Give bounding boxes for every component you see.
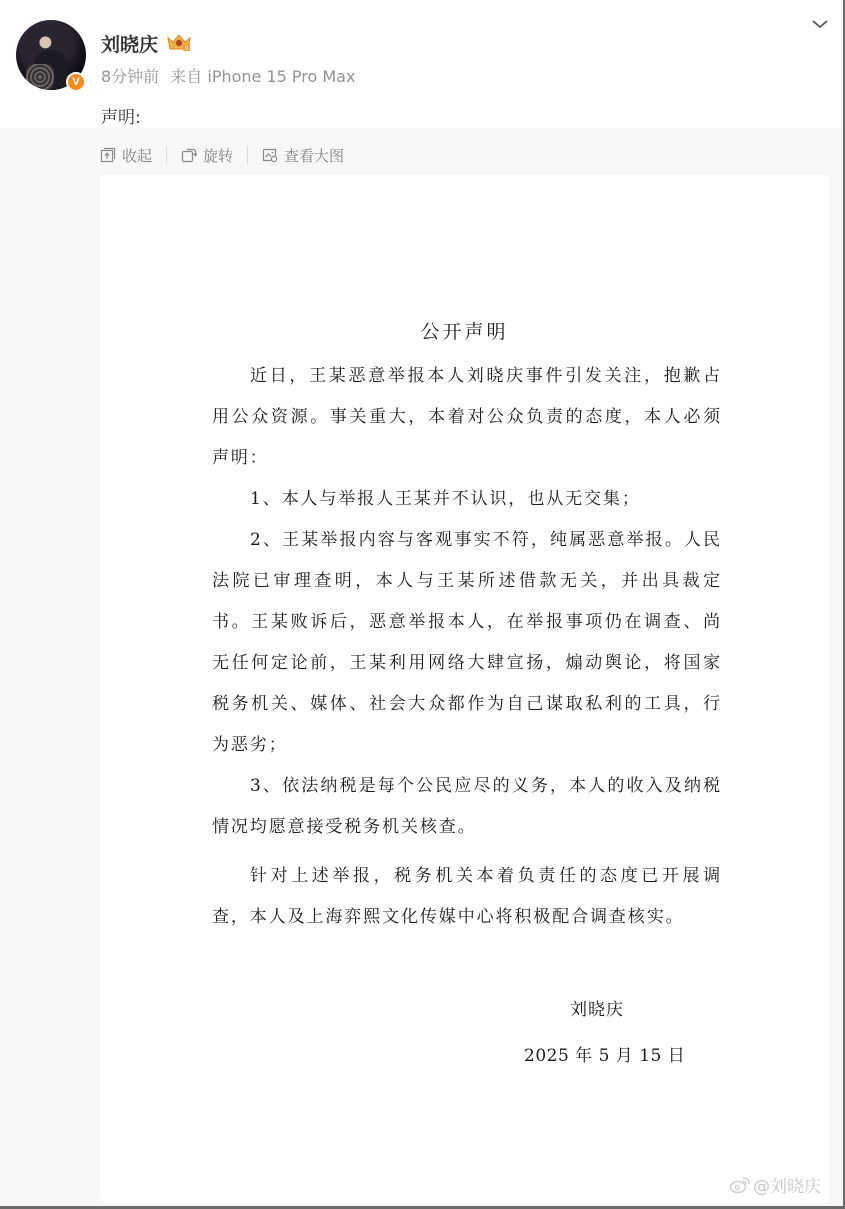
image-icon [262, 147, 278, 163]
document-point-2: 2、王某举报内容与客观事实不符，纯属恶意举报。人民法院已审理查明，本人与王某所述… [212, 520, 722, 766]
post-header: V 刘晓庆 9 8分钟前 来自 iPhone 15 Pro Max 声明: [0, 0, 843, 128]
view-large-button[interactable]: 查看大图 [262, 145, 344, 166]
rotate-button[interactable]: 旋转 [181, 145, 233, 166]
rotate-label: 旋转 [203, 145, 233, 166]
document-point-3: 3、依法纳税是每个公民应尽的义务，本人的收入及纳税情况均愿意接受税务机关核查。 [212, 766, 722, 848]
statement-document: 公开声明 近日，王某恶意举报本人刘晓庆事件引发关注，抱歉占用公众资源。事关重大，… [100, 175, 829, 1203]
document-point-1: 1、本人与举报人王某并不认识，也从无交集； [212, 479, 722, 520]
chevron-down-icon[interactable] [810, 17, 830, 31]
author-name[interactable]: 刘晓庆 [101, 30, 158, 57]
verified-badge-icon: V [66, 72, 86, 92]
crown-icon[interactable]: 9 [166, 32, 192, 52]
avatar-pattern [26, 64, 54, 90]
media-toolbar: 收起 旋转 查看大图 [100, 144, 344, 166]
document-intro: 近日，王某恶意举报本人刘晓庆事件引发关注，抱歉占用公众资源。事关重大，本着对公众… [212, 356, 722, 479]
rotate-icon [181, 147, 197, 163]
post-timestamp[interactable]: 8分钟前 [101, 67, 159, 86]
document-closing: 针对上述举报，税务机关本着负责任的态度已开展调查，本人及上海弈熙文化传媒中心将积… [212, 856, 722, 938]
view-large-label: 查看大图 [284, 145, 344, 166]
toolbar-divider [247, 146, 248, 164]
post-text: 声明: [101, 103, 141, 128]
document-title: 公开声明 [100, 317, 829, 344]
weibo-watermark: @刘晓庆 [729, 1172, 821, 1197]
weibo-logo-icon [729, 1176, 751, 1194]
collapse-button[interactable]: 收起 [100, 145, 152, 166]
document-date: 2025 年 5 月 15 日 [524, 1041, 685, 1066]
toolbar-divider [166, 146, 167, 164]
collapse-label: 收起 [122, 145, 152, 166]
document-signature: 刘晓庆 [570, 995, 624, 1020]
post-source: 来自 iPhone 15 Pro Max [170, 67, 355, 86]
post-meta: 8分钟前 来自 iPhone 15 Pro Max [101, 64, 355, 87]
collapse-icon [100, 147, 116, 163]
watermark-text: @刘晓庆 [753, 1172, 821, 1197]
statement-image[interactable]: 公开声明 近日，王某恶意举报本人刘晓庆事件引发关注，抱歉占用公众资源。事关重大，… [100, 175, 829, 1203]
